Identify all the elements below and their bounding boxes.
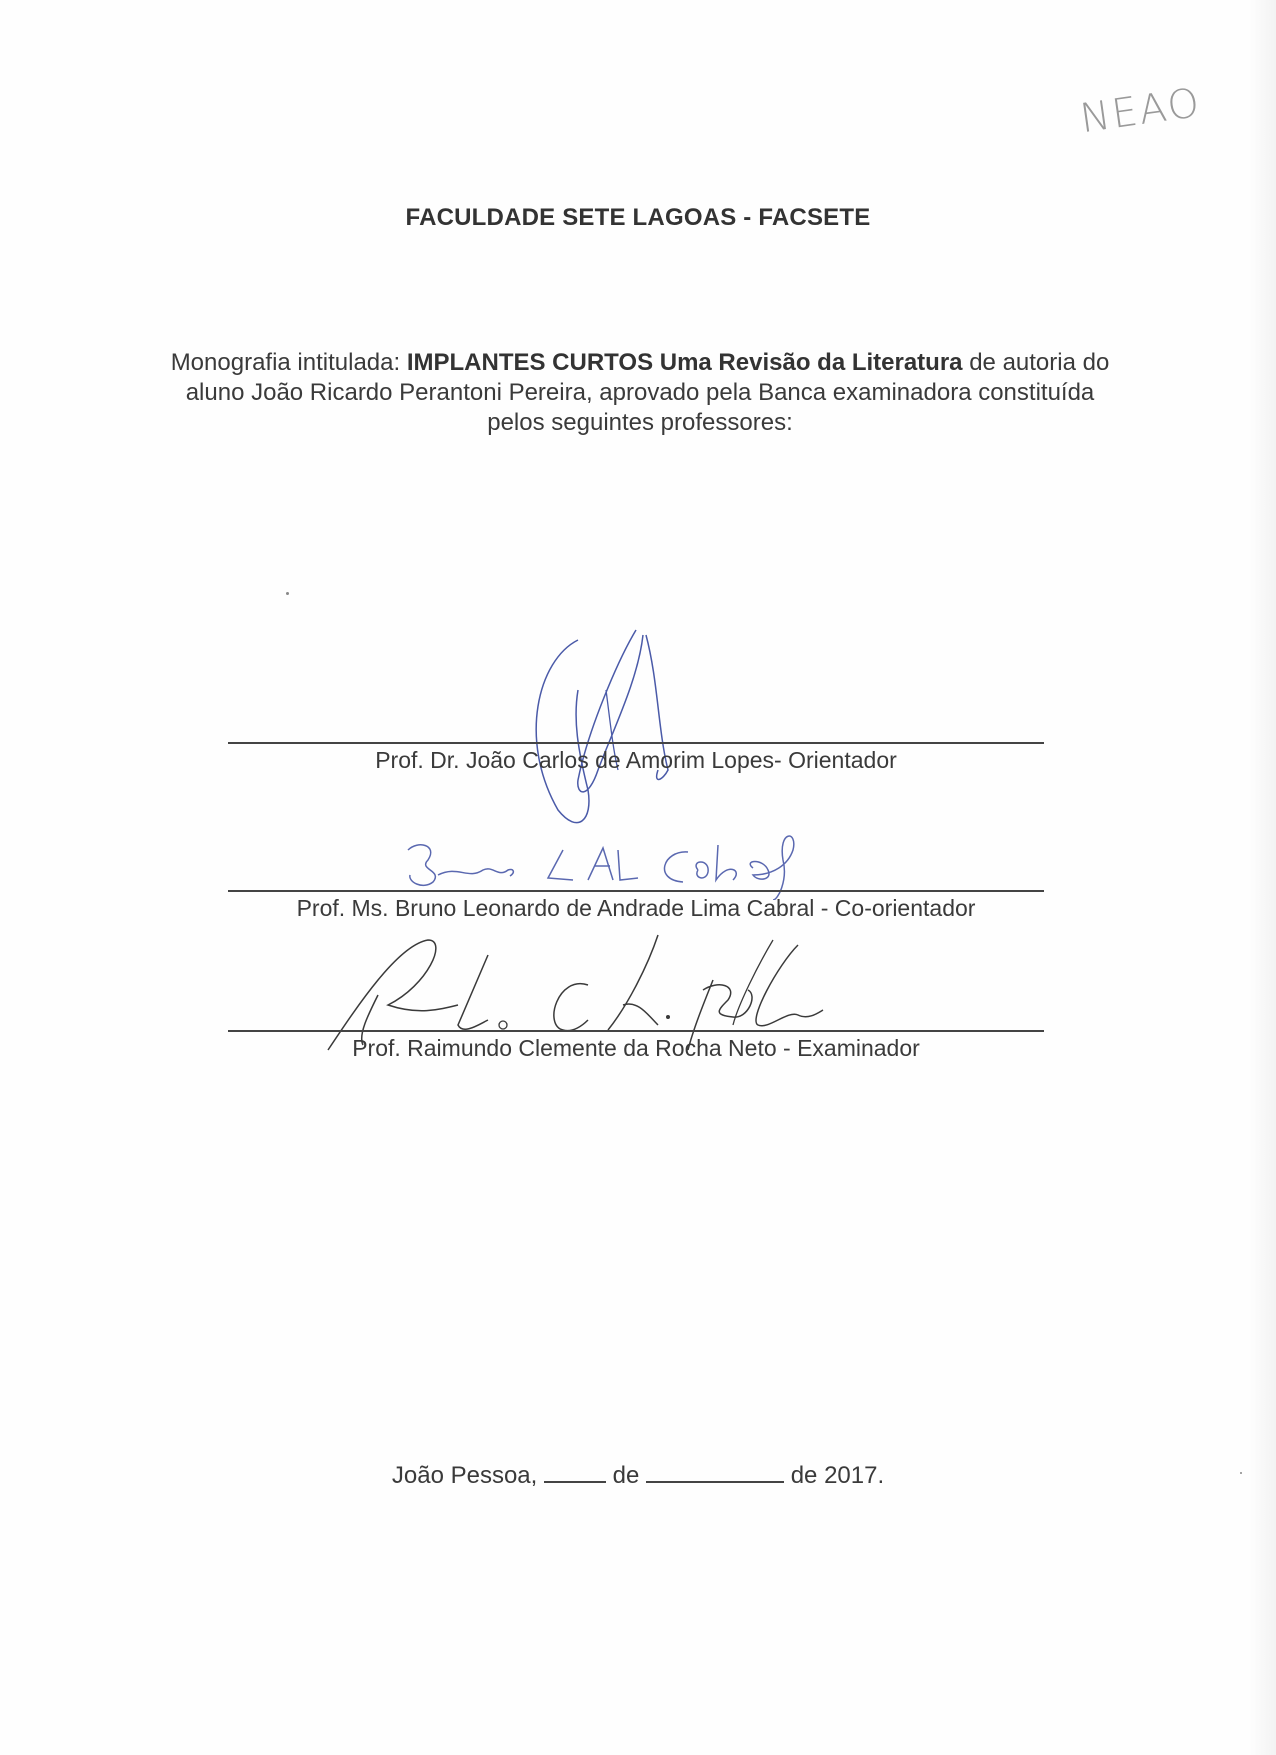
monograph-title: IMPLANTES CURTOS Uma Revisão da Literatu… [407,349,963,376]
scan-speck [286,592,289,595]
examiner-name-orientador: Prof. Dr. João Carlos de Amorim Lopes- O… [228,747,1044,774]
institution-title: FACULDADE SETE LAGOAS - FACSETE [0,204,1276,232]
day-blank-field[interactable] [544,1463,606,1483]
year-label: de 2017. [791,1462,884,1489]
examiner-block-orientador: Prof. Dr. João Carlos de Amorim Lopes- O… [228,620,1044,780]
examiner-block-coorientador: Prof. Ms. Bruno Leonardo de Andrade Lima… [228,820,1044,920]
document-page: NEAO FACULDADE SETE LAGOAS - FACSETE Mon… [0,0,1276,1755]
scan-edge-shadow [1248,0,1276,1755]
handwritten-annotation: NEAO [1077,80,1204,142]
city-label: João Pessoa, [392,1462,537,1489]
signature-line-orientador [228,742,1044,744]
scan-speck [1240,1472,1242,1474]
signature-line-coorientador [228,890,1044,892]
signature-orientador [518,620,718,840]
approval-statement: Monografia intitulada: IMPLANTES CURTOS … [160,348,1120,438]
signature-coorientador [398,820,918,900]
date-line: João Pessoa, de de 2017. [0,1462,1276,1490]
intro-prefix: Monografia intitulada: [171,349,407,376]
examiner-name-coorientador: Prof. Ms. Bruno Leonardo de Andrade Lima… [228,895,1044,922]
signature-line-examinador [228,1030,1044,1032]
month-blank-field[interactable] [646,1463,784,1483]
examiner-name-examinador: Prof. Raimundo Clemente da Rocha Neto - … [228,1035,1044,1062]
de-label-1: de [613,1462,640,1489]
examiner-block-examinador: Prof. Raimundo Clemente da Rocha Neto - … [228,925,1044,1065]
